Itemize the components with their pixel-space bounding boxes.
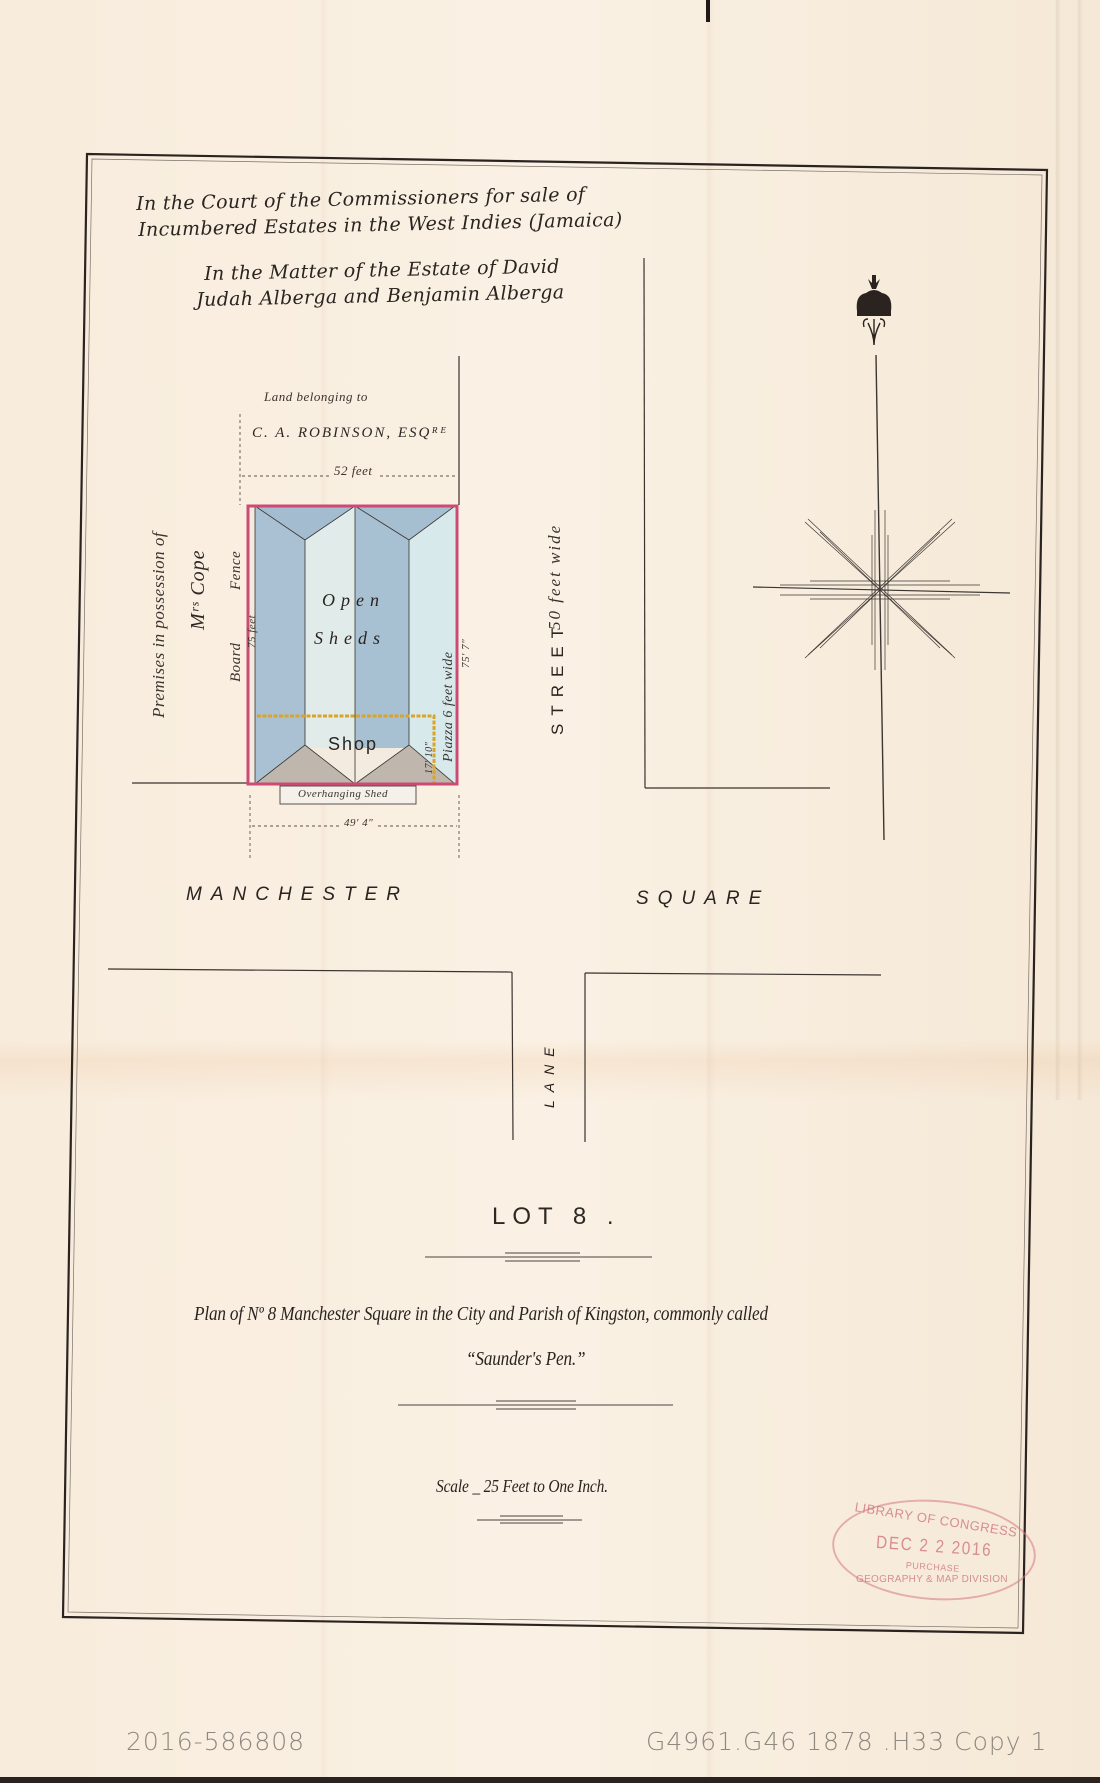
north-width-dimension: 52 feet [330,463,377,479]
open-sheds-label-1: Open [322,590,385,611]
west-adjacent-label: Premises in possession of [149,532,169,718]
board-fence-label-1: Board [228,643,245,682]
boundary-lines [108,258,881,1142]
piazza-label: Piazza 6 feet wide [441,652,457,763]
west-fence-dimension: 75 feet [246,615,258,648]
plan-title-line-2: “Saunder's Pen.” [466,1348,585,1371]
board-fence-label-2: Fence [228,551,245,590]
stamp-division: GEOGRAPHY & MAP DIVISION [832,1574,1032,1585]
north-adjacent-owner: C. A. ROBINSON, ESQᴿᴱ [252,425,448,442]
scan-edge [0,1777,1100,1783]
north-adjacent-label: Land belonging to [264,389,368,405]
plan-title-line-1: Plan of Nº 8 Manchester Square in the Ci… [194,1303,768,1326]
street-label: STREET [548,620,568,735]
scale-label: Scale _ 25 Feet to One Inch. [436,1476,608,1497]
lot-title: LOT 8 . [492,1203,621,1231]
crown-icon [857,275,892,345]
shop-depth-dimension: 17' 10" [424,742,435,774]
street-width-label: 50 feet wide [545,524,565,630]
accession-number: 2016-586808 [126,1727,305,1756]
east-depth-dimension: 75' 7" [460,639,472,668]
call-number: G4961.G46 1878 .H33 Copy 1 [646,1727,1047,1756]
overhanging-shed-label: Overhanging Shed [298,788,388,800]
west-adjacent-owner: Mʳˢ Cope [187,549,210,630]
compass-rose-icon [753,275,1010,840]
lane-label: LANE [541,1039,557,1108]
open-sheds-label-2: Sheds [314,628,386,649]
shop-label: Shop [328,734,378,755]
manchester-label: MANCHESTER [186,884,409,906]
square-label: SQUARE [636,888,770,910]
south-width-dimension: 49' 4" [340,817,377,829]
